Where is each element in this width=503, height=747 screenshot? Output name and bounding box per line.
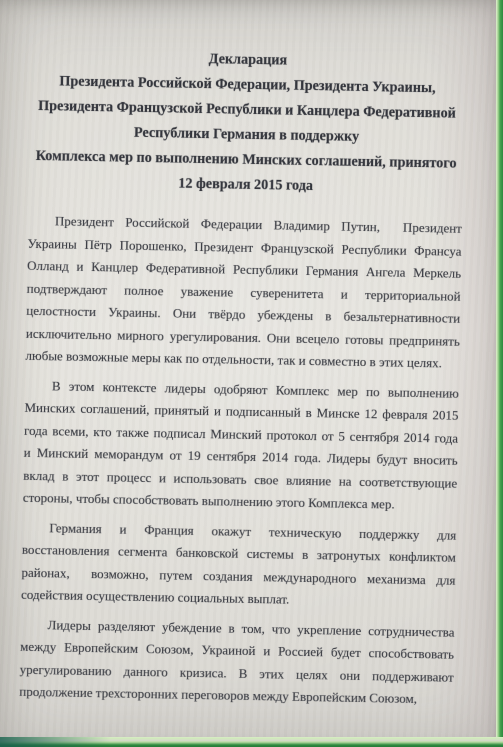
document-text-layer: ДекларацияПрезидента Российской Федераци… — [0, 0, 497, 712]
paragraph: Германия и Франция окажут техническую по… — [21, 516, 457, 614]
paragraph: Президент Российской Федерации Владимир … — [25, 210, 462, 375]
document-body: Президент Российской Федерации Владимир … — [19, 210, 462, 711]
green-edge-bottom — [0, 737, 503, 747]
photo-frame: ДекларацияПрезидента Российской Федераци… — [0, 0, 503, 747]
green-edge-right — [496, 0, 503, 747]
paragraph: В этом контексте лидеры одобряют Комплек… — [23, 374, 459, 517]
paragraph: Лидеры разделяют убеждение в том, что ук… — [19, 613, 455, 711]
document-title: ДекларацияПрезидента Российской Федераци… — [28, 44, 465, 202]
